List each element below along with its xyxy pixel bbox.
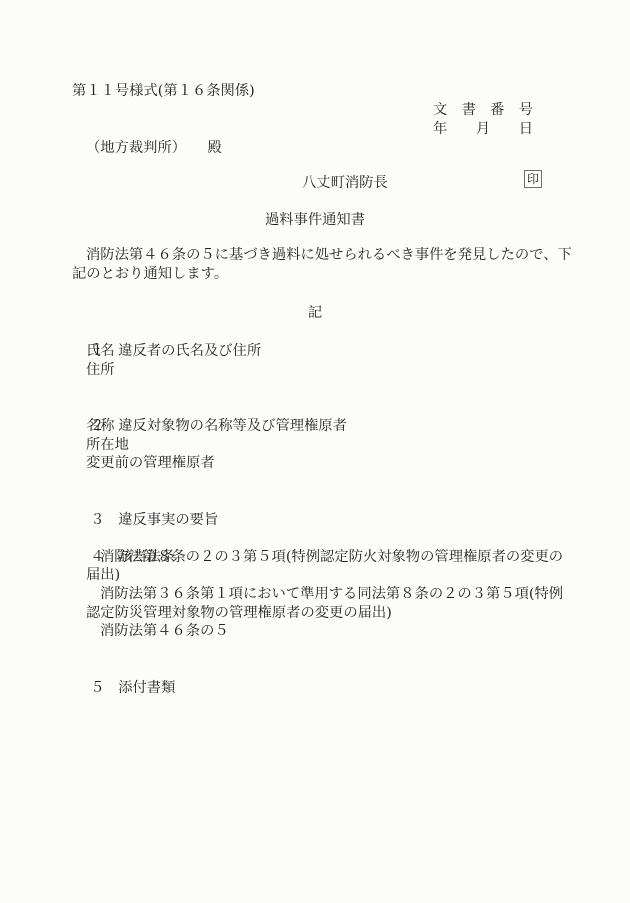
item-2-field-name: 名称 xyxy=(86,417,115,436)
date-label: 年 月 日 xyxy=(433,120,533,139)
item-2-field-previous-manager: 変更前の管理権原者 xyxy=(86,454,215,473)
item-label: 違反事実の要旨 xyxy=(118,512,218,528)
seal-stamp: 印 xyxy=(524,170,542,188)
item-1-field-address: 住所 xyxy=(86,361,115,380)
document-title: 過料事件通知書 xyxy=(0,211,630,230)
item-1-field-name: 氏名 xyxy=(86,342,115,361)
ki-marker: 記 xyxy=(0,304,630,323)
form-number-label: 第１１号様式(第１６条関係) xyxy=(72,82,255,101)
sender-name: 八丈町消防長 xyxy=(302,174,388,193)
item-2-field-location: 所在地 xyxy=(86,436,129,455)
item-4-law-line: 消防法第４６条の５ xyxy=(100,622,229,641)
item-5-heading: ５添付書類 xyxy=(72,660,175,717)
item-number: ５ xyxy=(90,679,104,698)
item-number: ３ xyxy=(90,511,104,530)
body-paragraph-line: 消防法第４６条の５に基づき過料に処せられるべき事件を発見したので、下 xyxy=(86,246,572,265)
document-number-label: 文 書 番 号 xyxy=(433,101,533,120)
item-label: 添付書類 xyxy=(118,680,175,696)
item-4-law-line: 消防法第３６条第１項において準用する同法第８条の２の３第５項(特例 xyxy=(100,585,563,604)
document-page: 第１１号様式(第１６条関係) 文 書 番 号 年 月 日 （地方裁判所） 殿 八… xyxy=(0,0,630,903)
item-label: 違反者の氏名及び住所 xyxy=(118,343,261,359)
item-4-law-line: 消防法第８条の２の３第５項(特例認定防火対象物の管理権原者の変更の xyxy=(100,548,563,567)
item-4-law-line: 届出) xyxy=(86,566,120,585)
addressee-line: （地方裁判所） 殿 xyxy=(86,139,222,158)
item-label: 違反対象物の名称等及び管理権原者 xyxy=(118,418,347,434)
body-paragraph-line: 記のとおり通知します。 xyxy=(72,265,228,284)
item-4-law-line: 認定防災管理対象物の管理権原者の変更の届出) xyxy=(86,604,392,623)
